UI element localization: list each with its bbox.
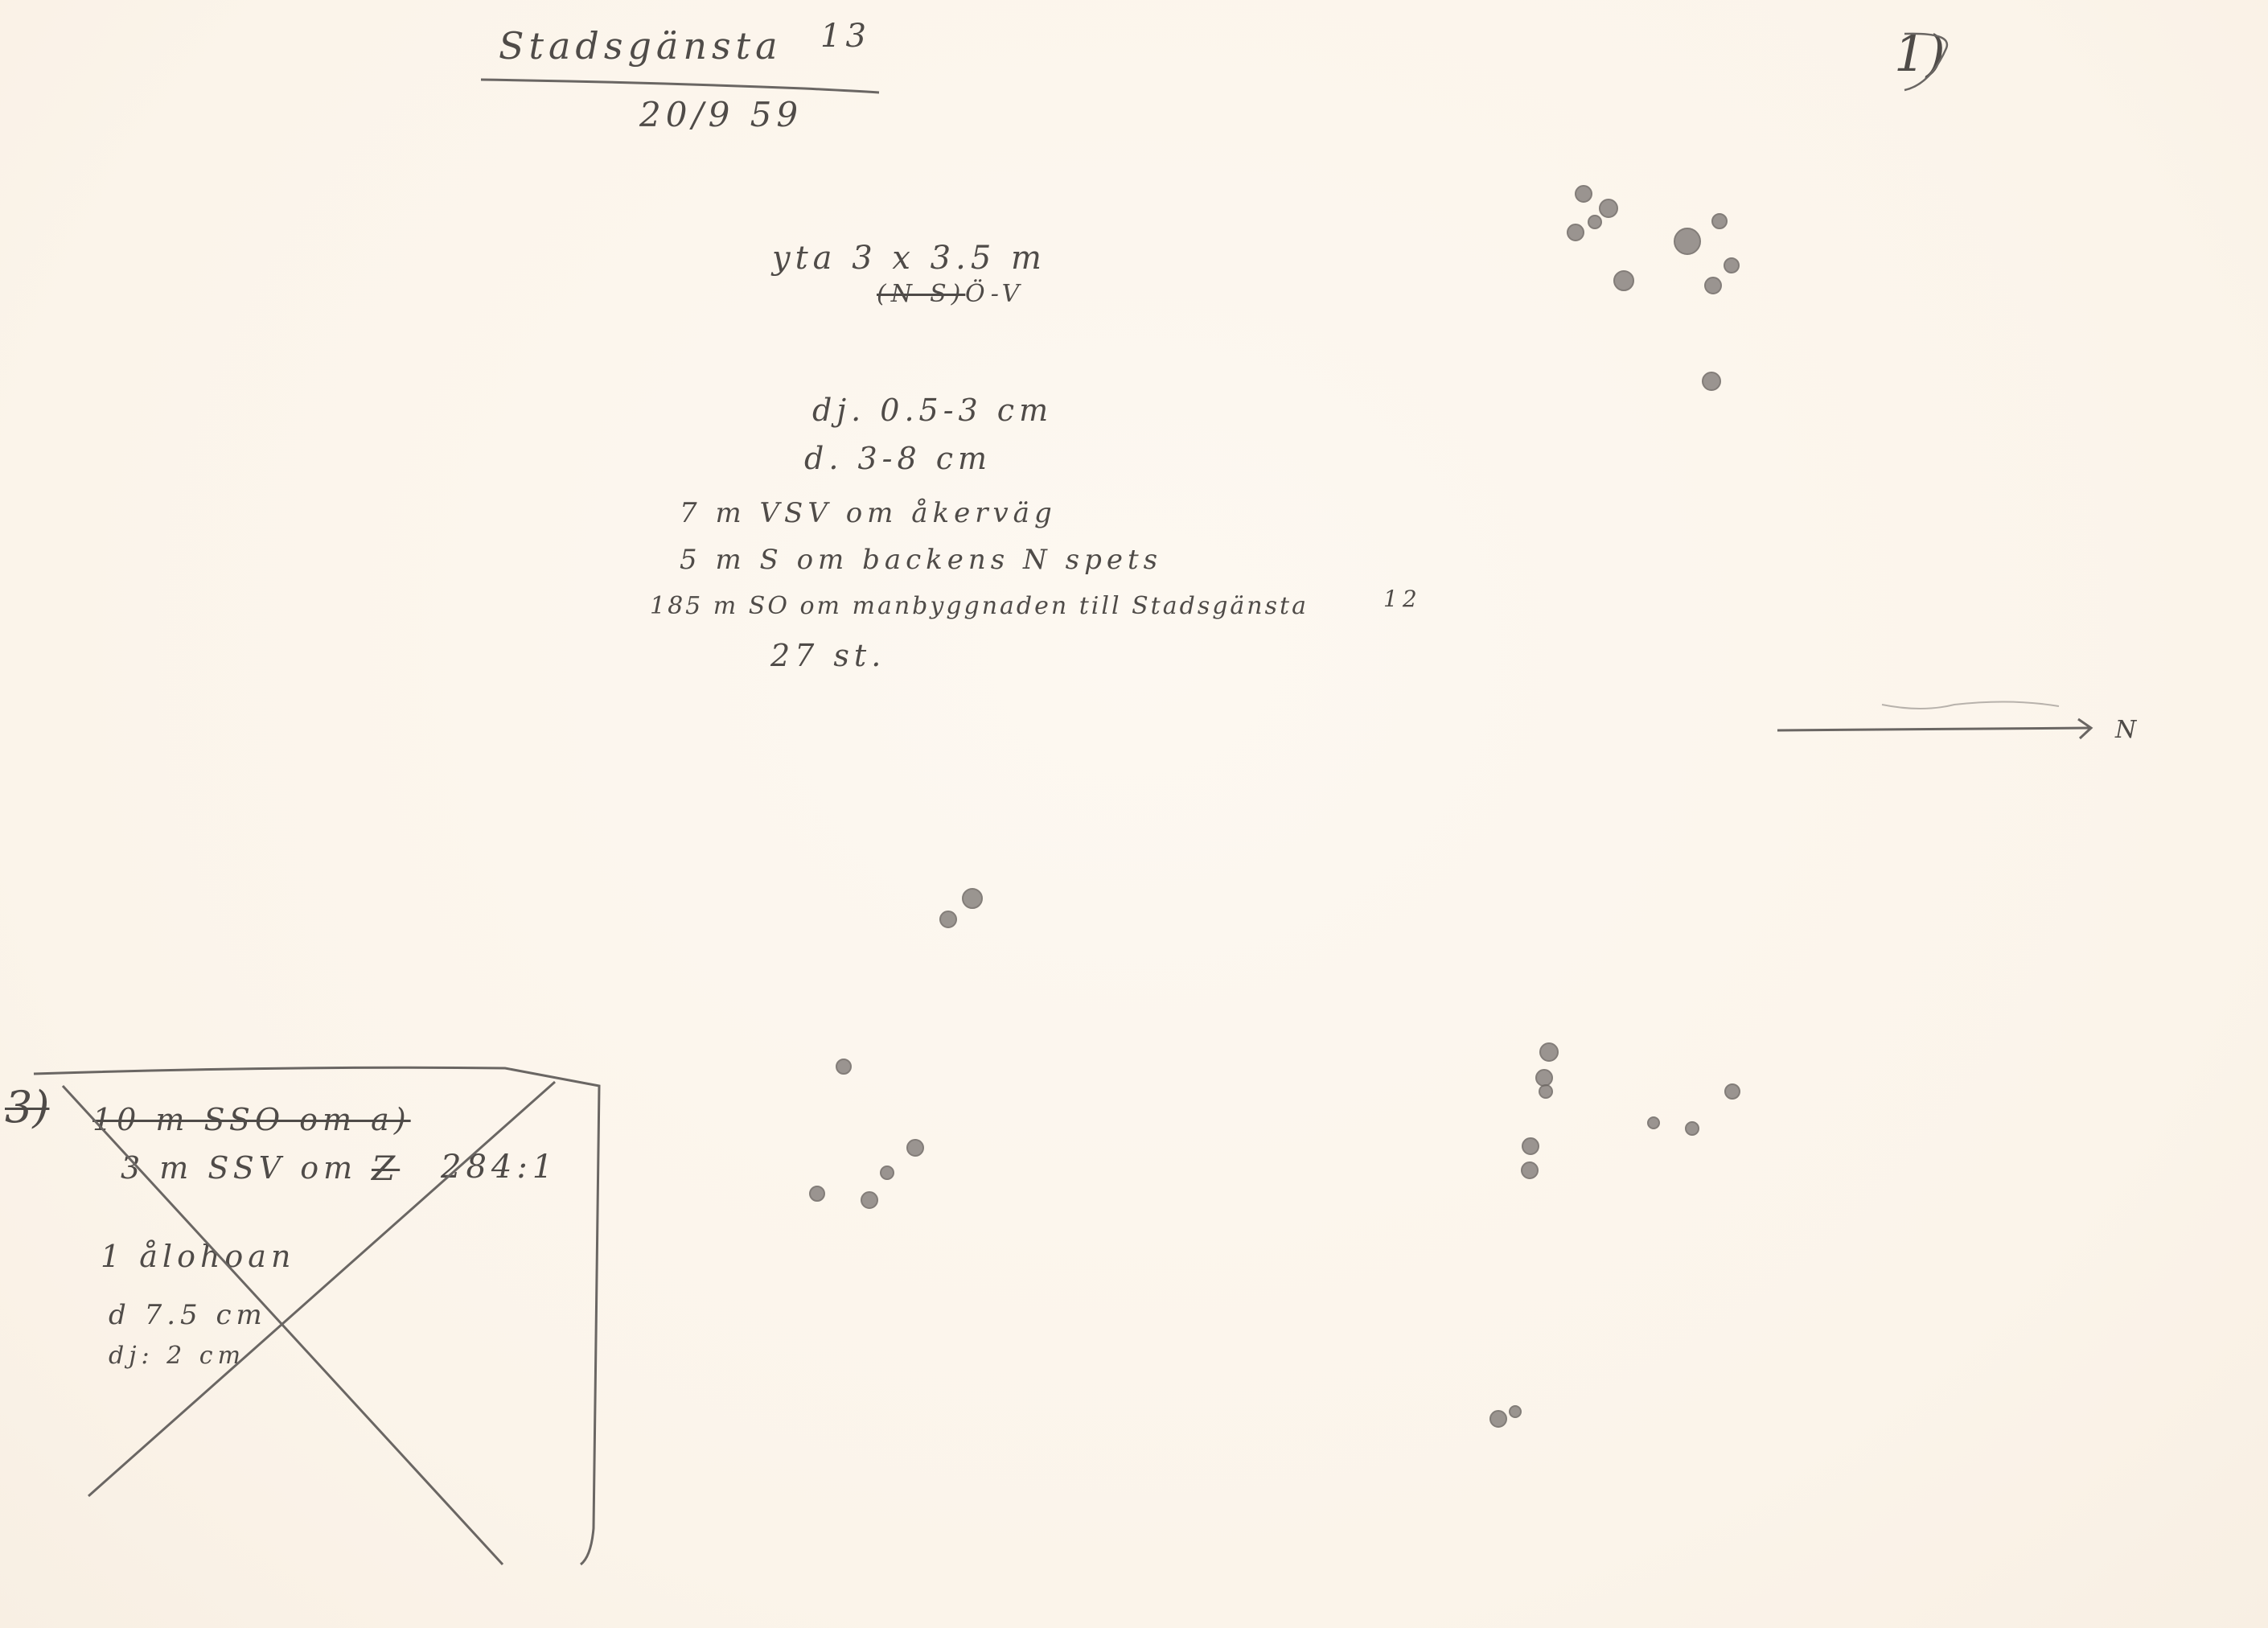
find-dot — [1712, 214, 1727, 228]
find-dot — [1539, 1085, 1552, 1098]
cluster-middle — [810, 889, 982, 1208]
find-dot — [1588, 216, 1601, 228]
find-dot — [940, 911, 956, 927]
find-dot — [1490, 1411, 1506, 1427]
cluster-top-right — [1567, 186, 1739, 390]
find-dot — [1576, 186, 1592, 202]
cluster-bottom — [1490, 1406, 1521, 1427]
find-dot — [1705, 277, 1721, 294]
find-dot — [836, 1059, 851, 1074]
sketch-drawing — [0, 0, 2268, 1628]
cluster-lower-right — [1522, 1043, 1740, 1178]
page-number-arc — [1904, 34, 1947, 90]
find-dot — [1567, 224, 1584, 240]
find-dot — [1540, 1043, 1558, 1061]
north-arrow-icon — [1777, 701, 2091, 738]
find-dot — [1703, 372, 1720, 390]
find-dot — [1600, 199, 1617, 217]
find-dot — [1648, 1117, 1659, 1128]
find-dot — [907, 1140, 923, 1156]
find-dot — [1674, 228, 1700, 254]
find-dots — [810, 186, 1740, 1427]
header-underline — [481, 80, 879, 92]
find-dot — [1522, 1138, 1539, 1154]
find-dot — [1536, 1070, 1552, 1086]
find-dot — [1725, 1084, 1740, 1099]
find-dot — [963, 889, 982, 908]
find-dot — [1510, 1406, 1521, 1417]
find-dot — [1724, 258, 1739, 273]
find-dot — [1686, 1122, 1699, 1135]
crossed-box — [34, 1067, 599, 1564]
find-dot — [861, 1192, 877, 1208]
find-dot — [881, 1166, 894, 1179]
find-dot — [1614, 271, 1633, 290]
find-dot — [1522, 1162, 1538, 1178]
find-dot — [810, 1186, 824, 1201]
